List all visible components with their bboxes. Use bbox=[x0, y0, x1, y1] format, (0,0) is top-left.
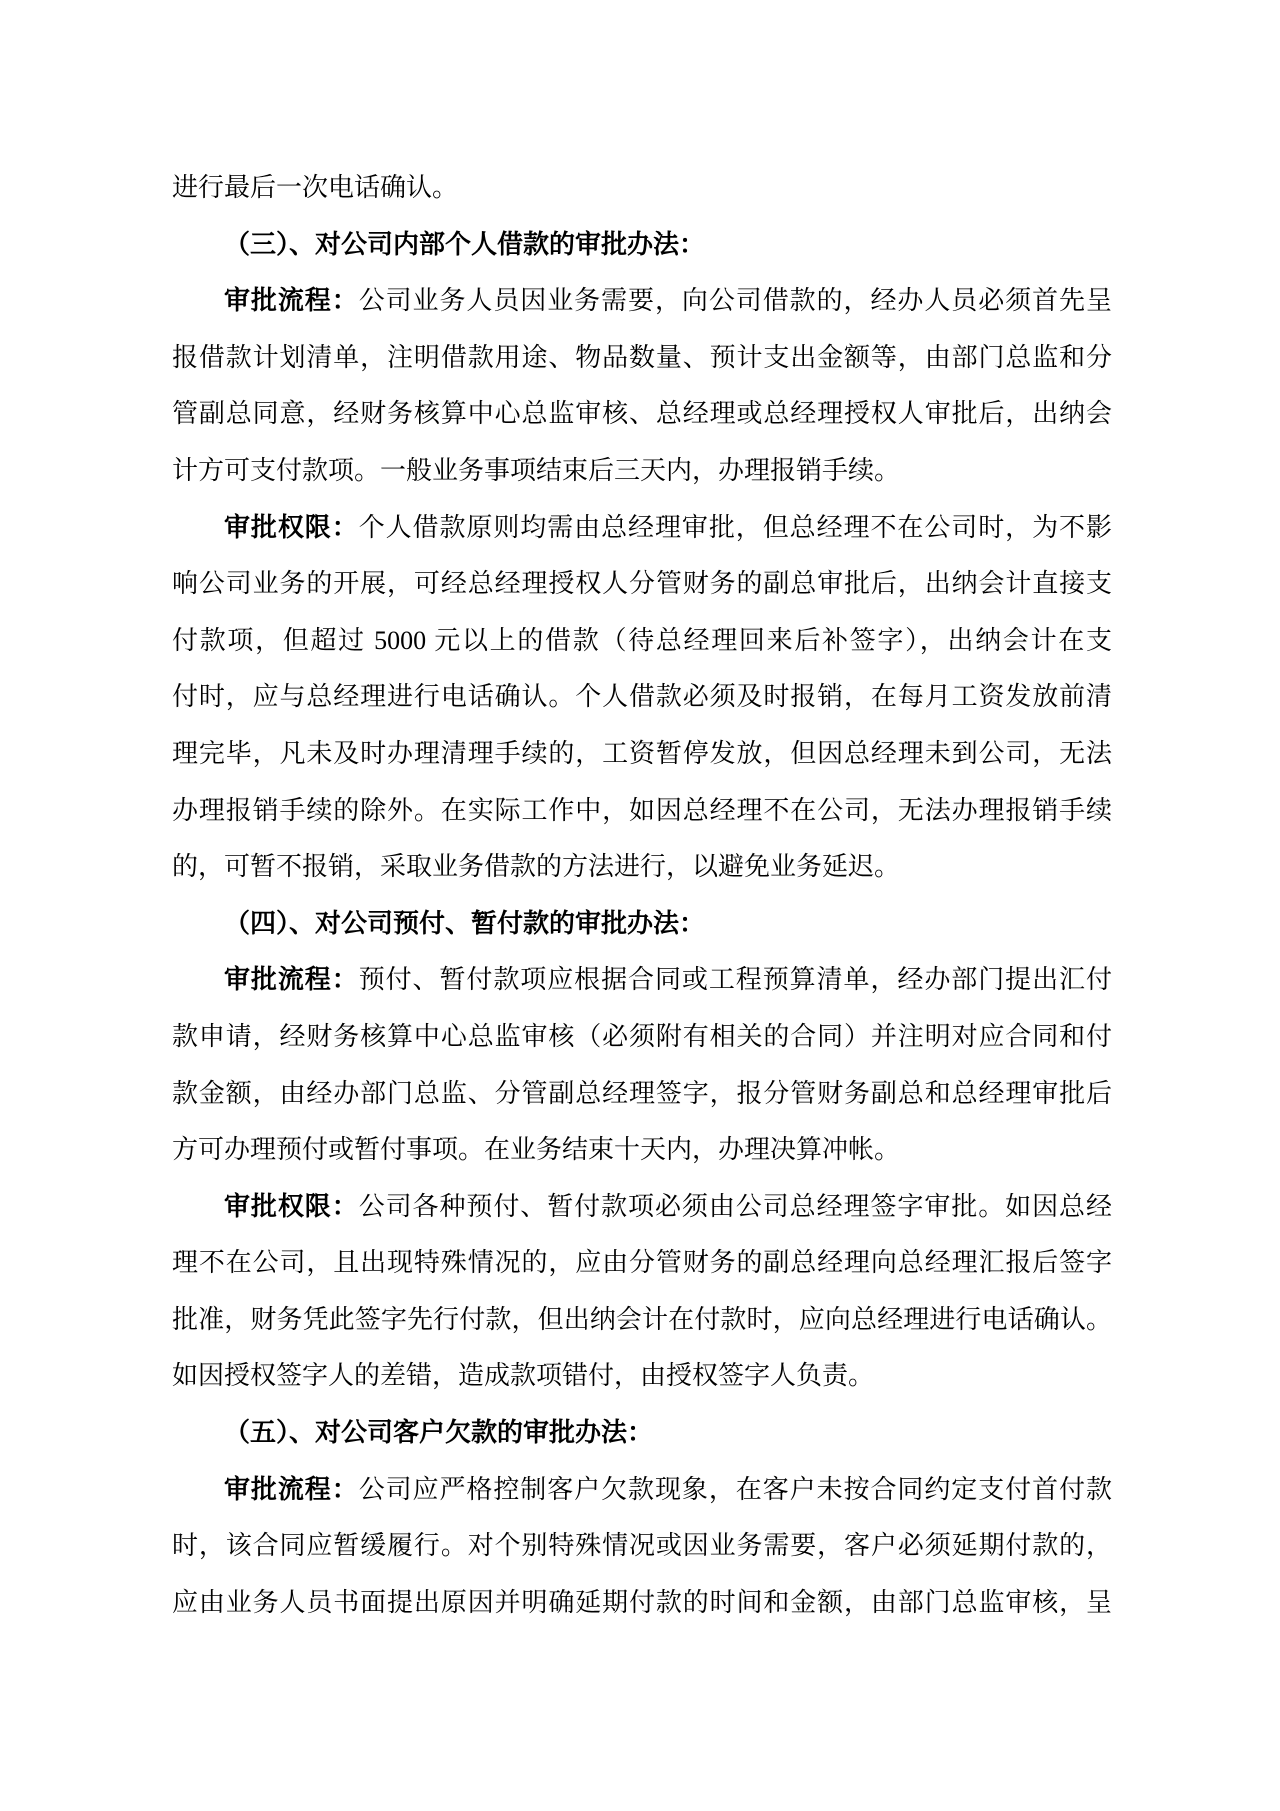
paragraph-run-in-label: 审批权限： bbox=[224, 1192, 359, 1221]
paragraph-line: 审批流程：公司应严格控制客户欠款现象，在客户未按合同约定支付首付款 bbox=[172, 1462, 1112, 1519]
paragraph-line: 款金额，由经办部门总监、分管副总经理签字，报分管财务副总和总经理审批后 bbox=[172, 1066, 1112, 1123]
paragraph-line: 审批权限：公司各种预付、暂付款项必须由公司总经理签字审批。如因总经 bbox=[172, 1179, 1112, 1236]
paragraph-line: 应由业务人员书面提出原因并明确延期付款的时间和金额，由部门总监审核，呈 bbox=[172, 1575, 1112, 1632]
paragraph-line: 时，该合同应暂缓履行。对个别特殊情况或因业务需要，客户必须延期付款的， bbox=[172, 1518, 1112, 1575]
paragraph-line: 计方可支付款项。一般业务事项结束后三天内，办理报销手续。 bbox=[172, 443, 1112, 500]
paragraph-run-in-label: 审批权限： bbox=[224, 513, 359, 542]
paragraph-run-in-label: 审批流程： bbox=[224, 965, 359, 994]
paragraph-line: 管副总同意，经财务核算中心总监审核、总经理或总经理授权人审批后，出纳会 bbox=[172, 386, 1112, 443]
paragraph-run-in-label: 审批流程： bbox=[224, 286, 359, 315]
paragraph-line: 付款项，但超过 5000 元以上的借款（待总经理回来后补签字），出纳会计在支 bbox=[172, 613, 1112, 670]
paragraph-line: 款申请，经财务核算中心总监审核（必须附有相关的合同）并注明对应合同和付 bbox=[172, 1009, 1112, 1066]
paragraph-line: 方可办理预付或暂付事项。在业务结束十天内，办理决算冲帐。 bbox=[172, 1122, 1112, 1179]
document-page: 进行最后一次电话确认。（三）、对公司内部个人借款的审批办法：审批流程：公司业务人… bbox=[0, 0, 1280, 1811]
document-body: 进行最后一次电话确认。（三）、对公司内部个人借款的审批办法：审批流程：公司业务人… bbox=[0, 0, 1280, 1631]
heading-line: （三）、对公司内部个人借款的审批办法： bbox=[172, 217, 1112, 274]
paragraph-line: 如因授权签字人的差错，造成款项错付，由授权签字人负责。 bbox=[172, 1348, 1112, 1405]
paragraph-line: 进行最后一次电话确认。 bbox=[172, 160, 1112, 217]
heading-line: （四）、对公司预付、暂付款的审批办法： bbox=[172, 896, 1112, 953]
paragraph-line: 审批流程：预付、暂付款项应根据合同或工程预算清单，经办部门提出汇付 bbox=[172, 952, 1112, 1009]
paragraph-line: 审批权限：个人借款原则均需由总经理审批，但总经理不在公司时，为不影 bbox=[172, 500, 1112, 557]
paragraph-line: 响公司业务的开展，可经总经理授权人分管财务的副总审批后，出纳会计直接支 bbox=[172, 556, 1112, 613]
paragraph-line: 的，可暂不报销，采取业务借款的方法进行，以避免业务延迟。 bbox=[172, 839, 1112, 896]
paragraph-line: 付时，应与总经理进行电话确认。个人借款必须及时报销，在每月工资发放前清 bbox=[172, 669, 1112, 726]
paragraph-run-in-label: 审批流程： bbox=[224, 1475, 359, 1504]
paragraph-line: 理不在公司，且出现特殊情况的，应由分管财务的副总经理向总经理汇报后签字 bbox=[172, 1235, 1112, 1292]
paragraph-line: 理完毕，凡未及时办理清理手续的，工资暂停发放，但因总经理未到公司，无法 bbox=[172, 726, 1112, 783]
heading-line: （五）、对公司客户欠款的审批办法： bbox=[172, 1405, 1112, 1462]
paragraph-line: 报借款计划清单，注明借款用途、物品数量、预计支出金额等，由部门总监和分 bbox=[172, 330, 1112, 387]
paragraph-line: 批准，财务凭此签字先行付款，但出纳会计在付款时，应向总经理进行电话确认。 bbox=[172, 1292, 1112, 1349]
paragraph-line: 办理报销手续的除外。在实际工作中，如因总经理不在公司，无法办理报销手续 bbox=[172, 783, 1112, 840]
paragraph-line: 审批流程：公司业务人员因业务需要，向公司借款的，经办人员必须首先呈 bbox=[172, 273, 1112, 330]
